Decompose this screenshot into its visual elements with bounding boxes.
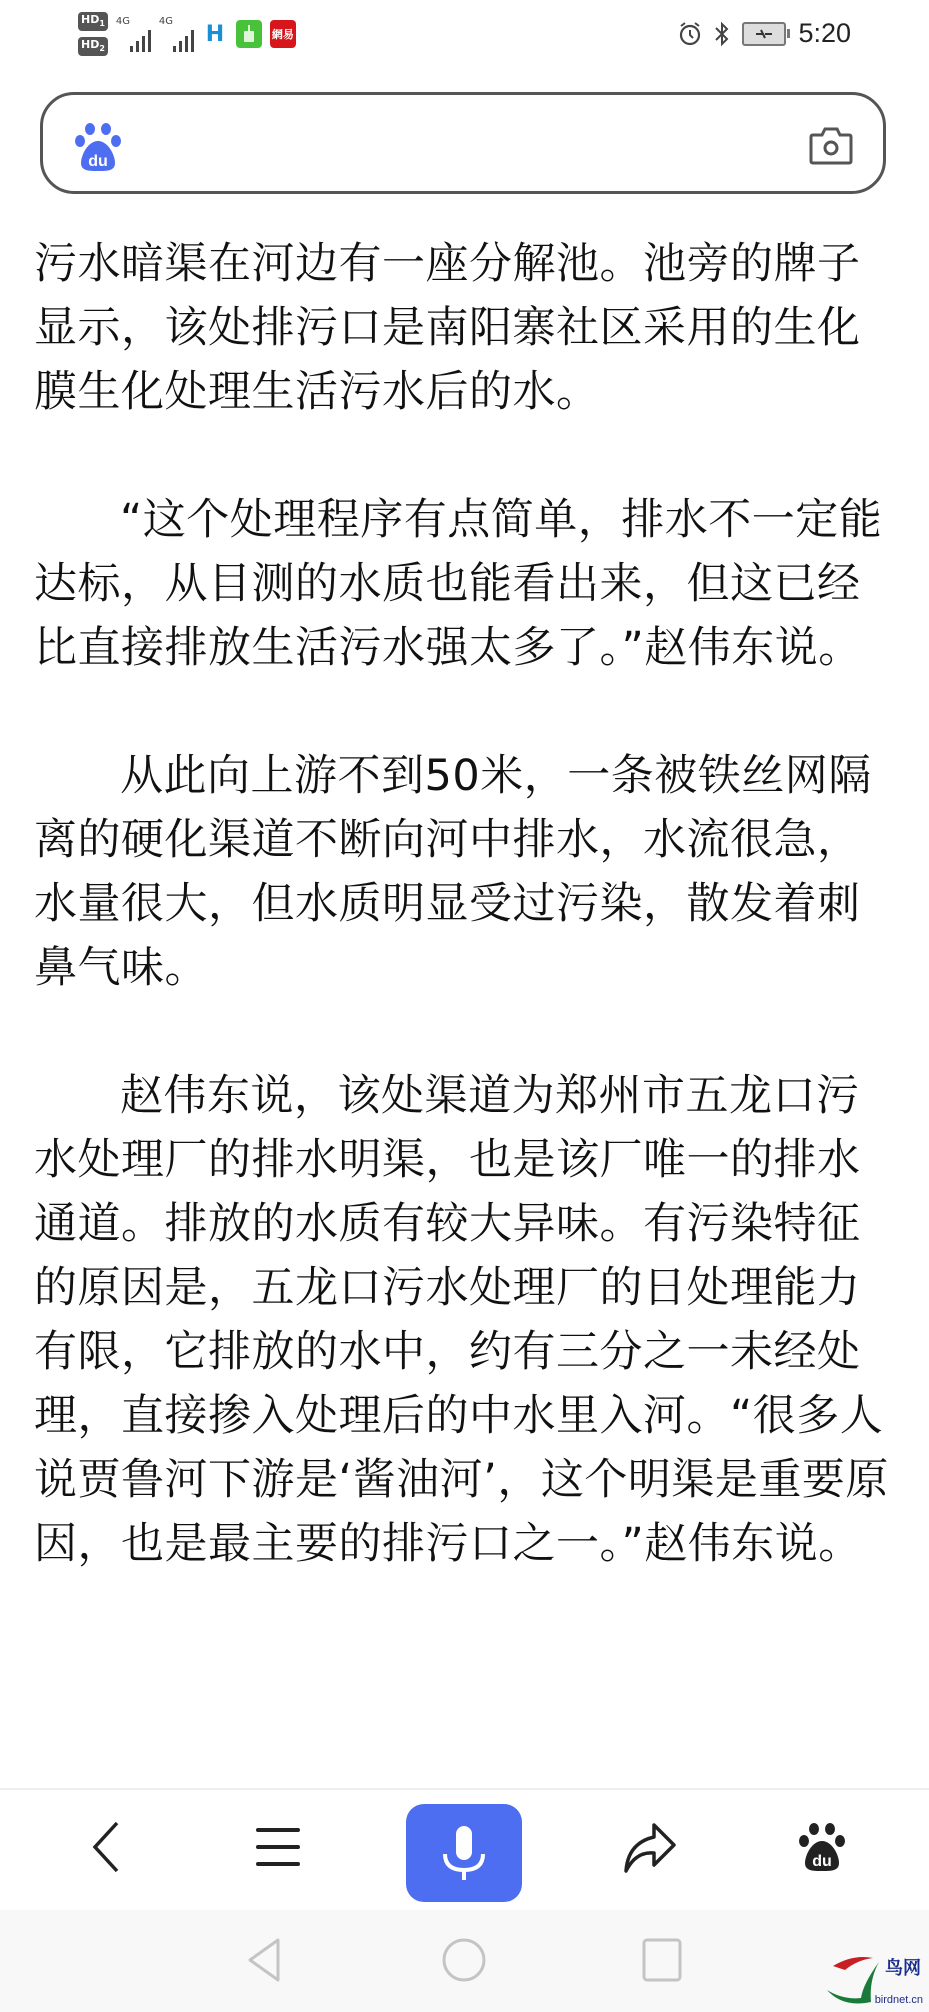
menu-button[interactable] — [248, 1812, 308, 1882]
bottom-toolbar: du — [0, 1788, 929, 1912]
back-button[interactable] — [76, 1812, 136, 1882]
status-right: 5:20 — [678, 18, 851, 49]
status-left: HD1 HD2 4G 4G H 網易 — [78, 12, 296, 56]
signal-strength-icon-1: 4G — [116, 16, 151, 52]
sim2-hd-badge: HD2 — [78, 37, 108, 56]
alarm-icon — [678, 21, 702, 47]
status-bar: HD1 HD2 4G 4G H 網易 5:20 — [0, 0, 929, 75]
square-recents-icon[interactable] — [638, 1936, 686, 1984]
menu-icon — [254, 1824, 302, 1870]
sim1-hd-badge: HD1 — [78, 12, 108, 31]
clock: 5:20 — [798, 18, 851, 49]
system-navigation-bar: 鸟网 birdnet.cn — [0, 1910, 929, 2012]
camera-icon[interactable] — [807, 123, 855, 167]
article-paragraph-4: 赵伟东说，该处渠道为郑州市五龙口污水处理厂的排水明渠，也是该厂唯一的排水通道。排… — [34, 1064, 896, 1576]
svg-text:du: du — [812, 1853, 832, 1870]
article-paragraph-2: “这个处理程序有点简单，排水不一定能达标，从目测的水质也能看出来，但这已经比直接… — [34, 488, 896, 680]
baidu-paw-icon: du — [797, 1821, 847, 1873]
svg-text:du: du — [88, 153, 108, 170]
hotel-app-icon: H — [202, 20, 228, 48]
voice-search-button[interactable] — [406, 1804, 522, 1902]
watermark-logo: 鸟网 birdnet.cn — [823, 1948, 923, 2008]
article-paragraph-1: 污水暗渠在河边有一座分解池。池旁的牌子显示，该处排污口是南阳寨社区采用的生化膜生… — [34, 232, 896, 424]
signal-strength-icon-2: 4G — [159, 16, 194, 52]
netease-app-icon: 網易 — [270, 20, 296, 48]
circle-home-icon[interactable] — [440, 1936, 488, 1984]
triangle-back-icon[interactable] — [240, 1936, 288, 1984]
share-button[interactable] — [620, 1812, 680, 1882]
sim-indicators: HD1 HD2 — [78, 12, 108, 56]
cleaner-app-icon — [236, 20, 262, 48]
chevron-left-icon — [89, 1819, 123, 1875]
battery-charging-icon — [742, 22, 786, 46]
baidu-paw-icon[interactable]: du — [73, 121, 123, 173]
bluetooth-icon — [714, 21, 730, 47]
search-bar[interactable]: du — [40, 92, 886, 194]
microphone-icon — [439, 1824, 489, 1882]
share-arrow-icon — [622, 1821, 678, 1873]
baidu-home-button[interactable]: du — [792, 1812, 852, 1882]
article-paragraph-3: 从此向上游不到50米，一条被铁丝网隔离的硬化渠道不断向河中排水，水流很急，水量很… — [34, 744, 896, 1000]
article-body: 污水暗渠在河边有一座分解池。池旁的牌子显示，该处排污口是南阳寨社区采用的生化膜生… — [34, 232, 896, 1640]
